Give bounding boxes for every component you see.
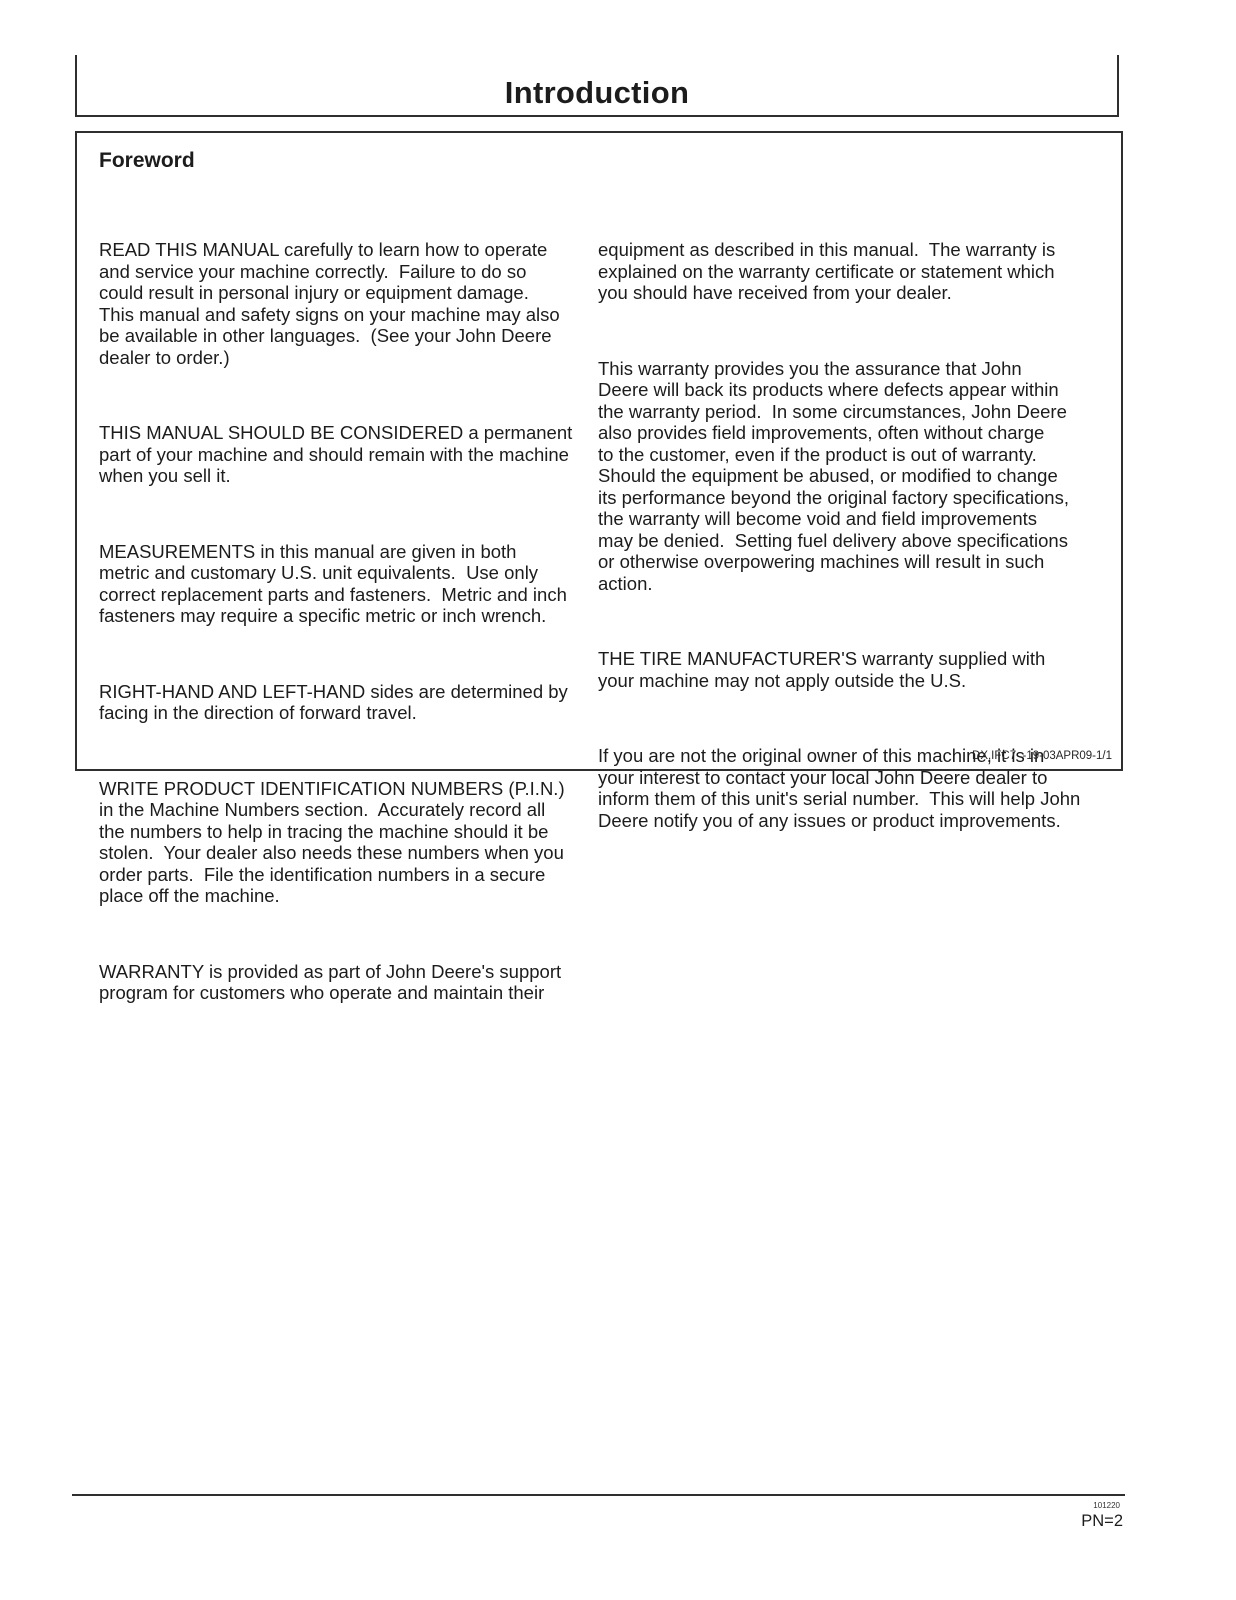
foreword-column-right: equipment as described in this manual. T…	[598, 196, 1104, 885]
foreword-paragraph: THE TIRE MANUFACTURER'S warranty supplie…	[598, 648, 1104, 691]
foreword-paragraph: MEASUREMENTS in this manual are given in…	[99, 541, 599, 627]
foreword-paragraph: equipment as described in this manual. T…	[598, 239, 1104, 304]
footer-print-code: 101220	[1093, 1501, 1120, 1510]
foreword-paragraph: This warranty provides you the assurance…	[598, 358, 1104, 595]
foreword-paragraph: RIGHT-HAND AND LEFT-HAND sides are deter…	[99, 681, 599, 724]
foreword-paragraph: WRITE PRODUCT IDENTIFICATION NUMBERS (P.…	[99, 778, 599, 907]
foreword-paragraph: READ THIS MANUAL carefully to learn how …	[99, 239, 599, 368]
page-header-frame: Introduction	[75, 55, 1119, 117]
manual-page: Introduction Foreword READ THIS MANUAL c…	[0, 0, 1236, 1600]
page-number: PN=2	[1081, 1512, 1123, 1531]
doc-code: DX,IFC7 -19-03APR09-1/1	[972, 750, 1112, 762]
page-title: Introduction	[505, 77, 689, 108]
foreword-section: Foreword READ THIS MANUAL carefully to l…	[75, 131, 1123, 771]
foreword-column-left: READ THIS MANUAL carefully to learn how …	[99, 196, 599, 1058]
foreword-paragraph: WARRANTY is provided as part of John Dee…	[99, 961, 599, 1004]
section-heading: Foreword	[99, 149, 195, 172]
footer-rule	[72, 1494, 1125, 1496]
foreword-paragraph: THIS MANUAL SHOULD BE CONSIDERED a perma…	[99, 422, 599, 487]
